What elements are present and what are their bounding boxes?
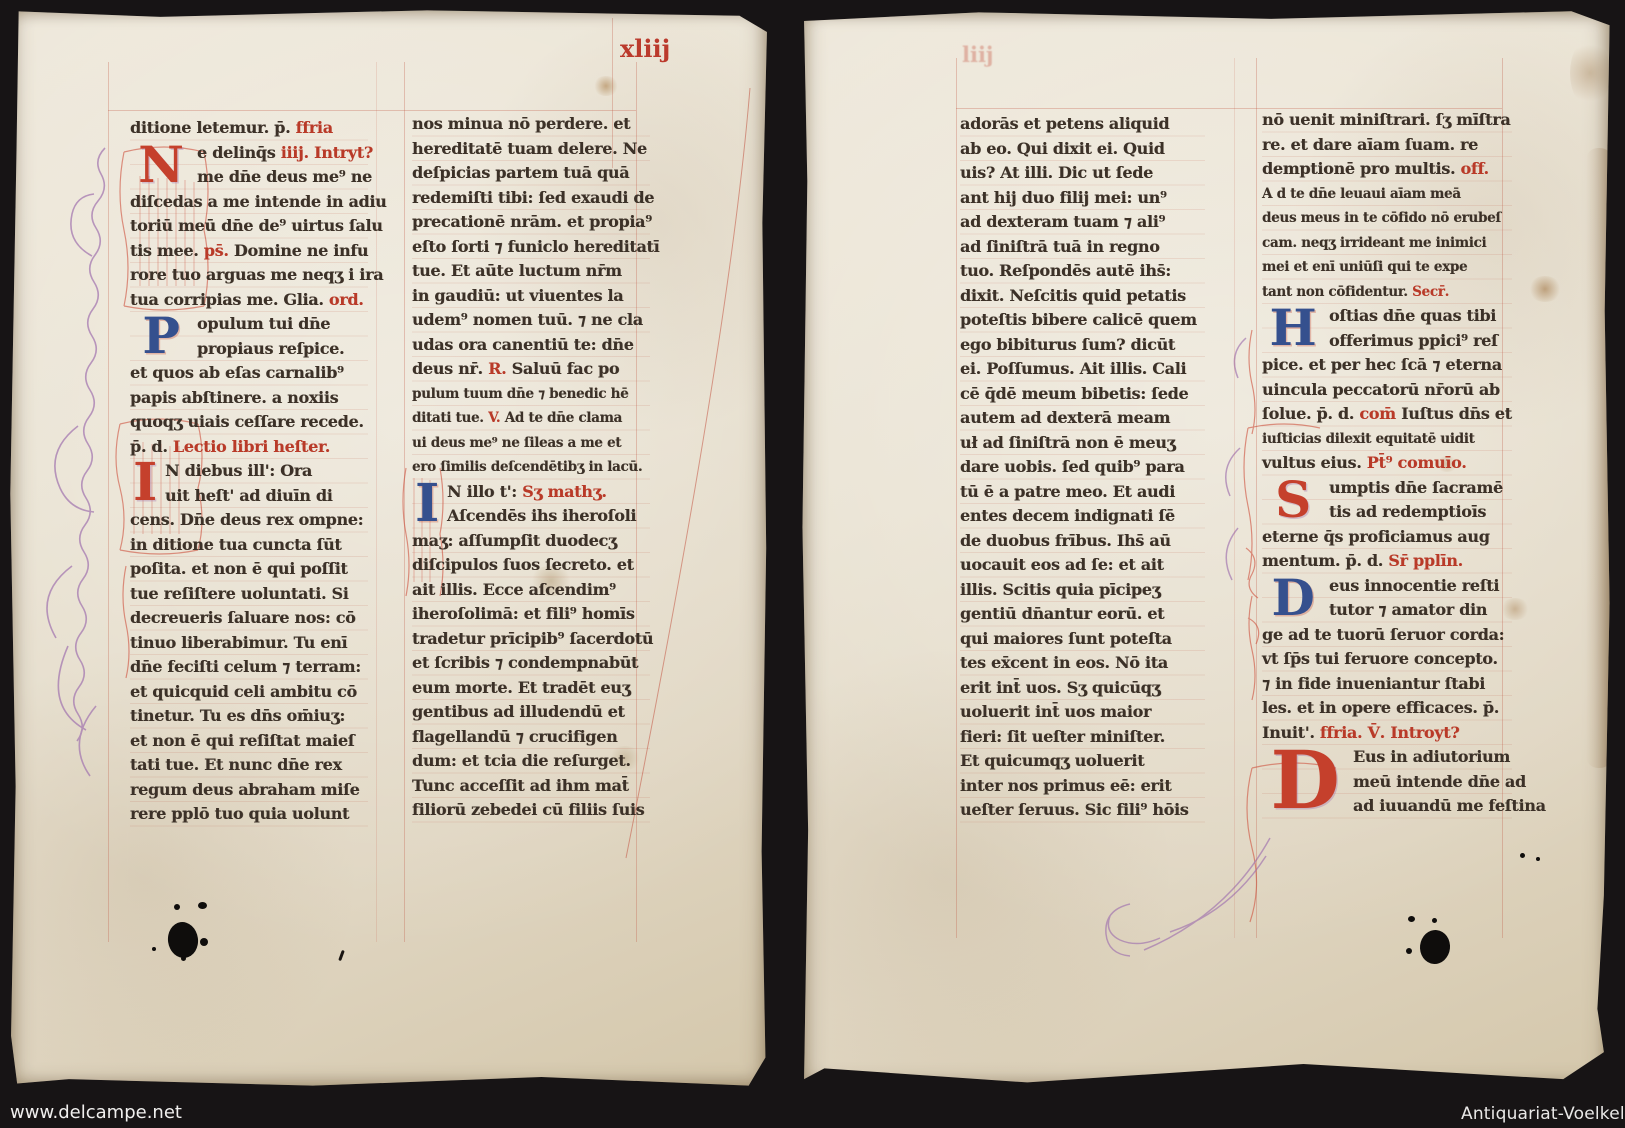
binding-hole [166,920,201,960]
marginal-flourish-purple [47,148,105,776]
text-line: tuo. Reſpondēs autē ihs̄: [960,259,1205,284]
binding-hole [1520,853,1525,858]
text-line: vultus eius. Pt̄⁹ comuīo. [1262,451,1512,476]
text-line: precationē nrām. et propia⁹ [412,210,650,235]
text-line: et quicquid celi ambitu cō [130,680,368,705]
text-line: Et quicumqʒ uoluerit [960,749,1205,774]
text-line: regum deus abraham miſe [130,778,368,803]
illuminated-initial-D: D [1262,574,1324,623]
text-line: in ditione tua cuncta ſūt [130,533,368,558]
folio-number-ghost: liij [962,42,994,67]
text-line: uocauit eos ad ſe: et ait [960,553,1205,578]
text-line: quoqʒ uiais ceſſare recede. [130,410,368,435]
text-line: tati tue. Et nunc dn̄e rex [130,753,368,778]
text-line: Tunc acceſſit ad ihm mat̄ [412,774,650,799]
binding-hole [1432,918,1437,923]
binding-hole [1408,916,1415,922]
text-line: papis abſtinere. a noxiis [130,386,368,411]
text-line: gentibus ad illudendū et [412,700,650,725]
text-line: poſita. et non ē qui poſſit [130,557,368,582]
text-line: eterne q̄s proficiamus aug [1262,525,1512,550]
pen-flourish-ornament [8,6,770,1090]
text-line: eſto ſorti ⁊ funiclo hereditatī [412,235,650,260]
text-line: uis? At illi. Dic ut ſede [960,161,1205,186]
text-line: tue. Et aūte luctum nr̄m [412,259,650,284]
ruling-line [1234,58,1235,938]
illuminated-initial-H: H [1262,304,1324,353]
ruling-line [956,58,957,938]
text-line: pice. et per hec ſcā ⁊ eterna [1262,353,1512,378]
text-line: tinuo liberabimur. Tu enī [130,631,368,656]
text-line: deus meus in te cōfido nō erubeſ [1262,206,1512,231]
illuminated-initial-I: I [412,480,442,529]
text-line: nō uenit miniſtrari. ſʒ mīſtra [1262,108,1512,133]
text-column-2: nos minua nō perdere. ethereditatē tuam … [412,112,650,826]
text-line: iuſticias dilexit equitatē uidit [1262,427,1512,452]
text-line: decreueris ſaluare nos: cō [130,606,368,631]
text-line: qui maiores ſunt poteſta [960,627,1205,652]
text-column-1: ditione letemur. p̄. ffriaNe delinq̄s ii… [130,116,368,830]
illuminated-initial-N: N [130,141,192,190]
text-line: redemiſti tibi: ſed exaudi de [412,186,650,211]
illuminated-initial-I: I [130,459,160,508]
text-line: autem ad dexterā meam [960,406,1205,431]
text-line: maʒ: aſſumpſit duodecʒ [412,529,650,554]
text-line: uoluerit int̄ uos maior [960,700,1205,725]
text-line: ei. Poſſumus. Ait illis. Cali [960,357,1205,382]
text-line: filiorū zebedei cū filiis ſuis [412,798,650,823]
text-line: eum morte. Et tradēt euʒ [412,676,650,701]
text-line: ⁊ in fide inueniantur ſtabi [1262,672,1512,697]
text-line: gentiū dn̄antur eorū. et [960,602,1205,627]
text-line: uit heſt' ad diuīn di [130,484,368,509]
text-line: uincula peccatorū nr̄orū ab [1262,378,1512,403]
text-line: ego bibiturus ſum? dicūt [960,333,1205,358]
text-line: de duobus frībus. Ihs̄ aū [960,529,1205,554]
text-line: ueſter ſeruus. Sic fili⁹ hōis [960,798,1205,823]
text-line: flagellandū ⁊ crucifigen [412,725,650,750]
text-line: ditione letemur. p̄. ffria [130,116,368,141]
illuminated-initial-S: S [1262,476,1324,525]
binding-hole [198,902,207,909]
text-line: tinetur. Tu es dn̄s om̄iuʒ: [130,704,368,729]
text-line: deus nr̄. R. Saluū fac po [412,357,650,382]
text-line: mentum. p̄. d. Sr̄ pplīn. [1262,549,1512,574]
text-line: toriū meū dn̄e de⁹ uirtus ſalu [130,214,368,239]
text-line: iheroſolimā: et fili⁹ homīs [412,602,650,627]
text-line: tis mee. ps̄. Domine ne infu [130,239,368,264]
parchment-stain [593,76,619,96]
text-line: cē q̄dē meum bibetis: ſede [960,382,1205,407]
illuminated-initial-D: D [1262,745,1348,819]
edge-browning [1586,148,1612,768]
text-line: N illo t': Sʒ mathʒ. [412,480,650,505]
text-line: cens. Dn̄e deus rex ompne: [130,508,368,533]
text-line: dum: et tcia die reſurget. [412,749,650,774]
text-line: dixit. Neſcitis quid petatis [960,284,1205,309]
text-line: et quos ab eſas carnalib⁹ [130,361,368,386]
text-line: vt ſp̄s tui feruore concepto. [1262,647,1512,672]
text-line: tes ex̄cent in eos. Nō ita [960,651,1205,676]
text-line: tue reſiſtere uoluntati. Si [130,582,368,607]
text-line: inter nos primus eē: erit [960,774,1205,799]
text-line: A d te dn̄e leuaui aīam meā [1262,182,1512,207]
text-line: N diebus ill': Ora [130,459,368,484]
binding-hole [200,938,208,946]
binding-hole [152,947,156,951]
text-line: et ſcribis ⁊ condempnabūt [412,651,650,676]
watermark-seller: Antiquariat-Voelkel [1461,1104,1625,1124]
text-line: cam. neqʒ irrideant me inimici [1262,231,1512,256]
text-line: dn̄e feciſti celum ⁊ terram: [130,655,368,680]
ruling-line [108,62,109,942]
parchment-stain [1570,38,1610,108]
text-line: in gaudiū: ut viuentes la [412,284,650,309]
binding-hole [1418,929,1451,966]
text-line: uł ad ſiniſtrā non ē meuʒ [960,431,1205,456]
ruling-line [1256,58,1257,938]
text-line: p̄. d. Lectio libri heſter. [130,435,368,460]
text-column-4: nō uenit miniſtrari. ſʒ mīſtrare. et dar… [1262,108,1512,822]
text-line: tradetur prīcipib⁹ ſacerdotū [412,627,650,652]
manuscript-leaf-left: xliij ditione letemur. p̄. ffriaNe delin… [8,6,770,1090]
text-line: ſolue. p̄. d. com̄ Iuſtus dn̄s et [1262,402,1512,427]
ink-speck [338,950,345,961]
parchment-stain [1528,276,1562,302]
text-line: udas ora canentiū te: dn̄e [412,333,650,358]
text-line: Inuit'. ffria. V̄. Introyt? [1262,721,1512,746]
text-line: les. et in opere efficaces. p̄. [1262,696,1512,721]
text-line: diſcipulos ſuos ſecreto. et [412,553,650,578]
text-line: ant hij duo filij mei: un⁹ [960,186,1205,211]
manuscript-leaf-right: liij adorās et petens aliquidab eo. Qui … [800,8,1612,1090]
text-line: demptionē pro multis. off. [1262,157,1512,182]
text-line: dare uobis. ſed quib⁹ para [960,455,1205,480]
text-line: re. et dare aīam ſuam. re [1262,133,1512,158]
text-line: ait illis. Ecce aſcendim⁹ [412,578,650,603]
photo-backdrop: xliij ditione letemur. p̄. ffriaNe delin… [0,0,1625,1128]
text-line: ad dexteram tuam ⁊ ali⁹ [960,210,1205,235]
text-line: Aſcendēs ihs iheroſoli [412,504,650,529]
text-line: rere pplō tuo quia uolunt [130,802,368,827]
binding-hole [174,904,180,910]
binding-hole [181,956,186,961]
text-line: tant non cōfidentur. Secr̄. [1262,280,1512,305]
text-line: erit int̄ uos. Sʒ quicūqʒ [960,676,1205,701]
illuminated-initial-P: P [130,312,192,361]
ruling-line [404,62,405,942]
text-line: tua corripias me. Glia. ord. [130,288,368,313]
text-line: nos minua nō perdere. et [412,112,650,137]
text-line: udem⁹ nomen tuū. ⁊ ne cla [412,308,650,333]
text-line: hereditatē tuam delere. Ne [412,137,650,162]
text-line: ui deus me⁹ ne ſileas a me et [412,431,650,456]
ruling-line [108,110,636,111]
text-line: entes decem indignati ſē [960,504,1205,529]
text-line: pulum tuum dn̄e ⁊ benedic hē [412,382,650,407]
text-line: ad ſiniſtrā tuā in regno [960,235,1205,260]
text-line: tū ē a patre meo. Et audi [960,480,1205,505]
text-line: diſcedas a me intende in adiu [130,190,368,215]
text-line: mei et enī uniūſi qui te expe [1262,255,1512,280]
text-line: illis. Scitis quia pīcipeʒ [960,578,1205,603]
text-line: rore tuo arguas me neqʒ i ira [130,263,368,288]
text-line: ero ſimilis deſcendētibʒ in lacū. [412,455,650,480]
text-line: adorās et petens aliquid [960,112,1205,137]
text-line: et non ē qui reſiſtat maieſ [130,729,368,754]
text-line: ab eo. Qui dixit ei. Quid [960,137,1205,162]
binding-hole [1406,948,1412,954]
text-line: poteſtis bibere calicē quem [960,308,1205,333]
folio-number: xliij [620,34,670,63]
watermark-delcampe: www.delcampe.net [10,1102,182,1123]
text-line: fieri: ſit ueſter miniſter. [960,725,1205,750]
text-column-3: adorās et petens aliquidab eo. Qui dixit… [960,112,1205,826]
text-line: ditati tue. V. Ad te dn̄e clama [412,406,650,431]
text-line: deſpicias partem tuā quā [412,161,650,186]
binding-hole [1536,857,1540,861]
text-line: ge ad te tuorū ſeruor corda: [1262,623,1512,648]
